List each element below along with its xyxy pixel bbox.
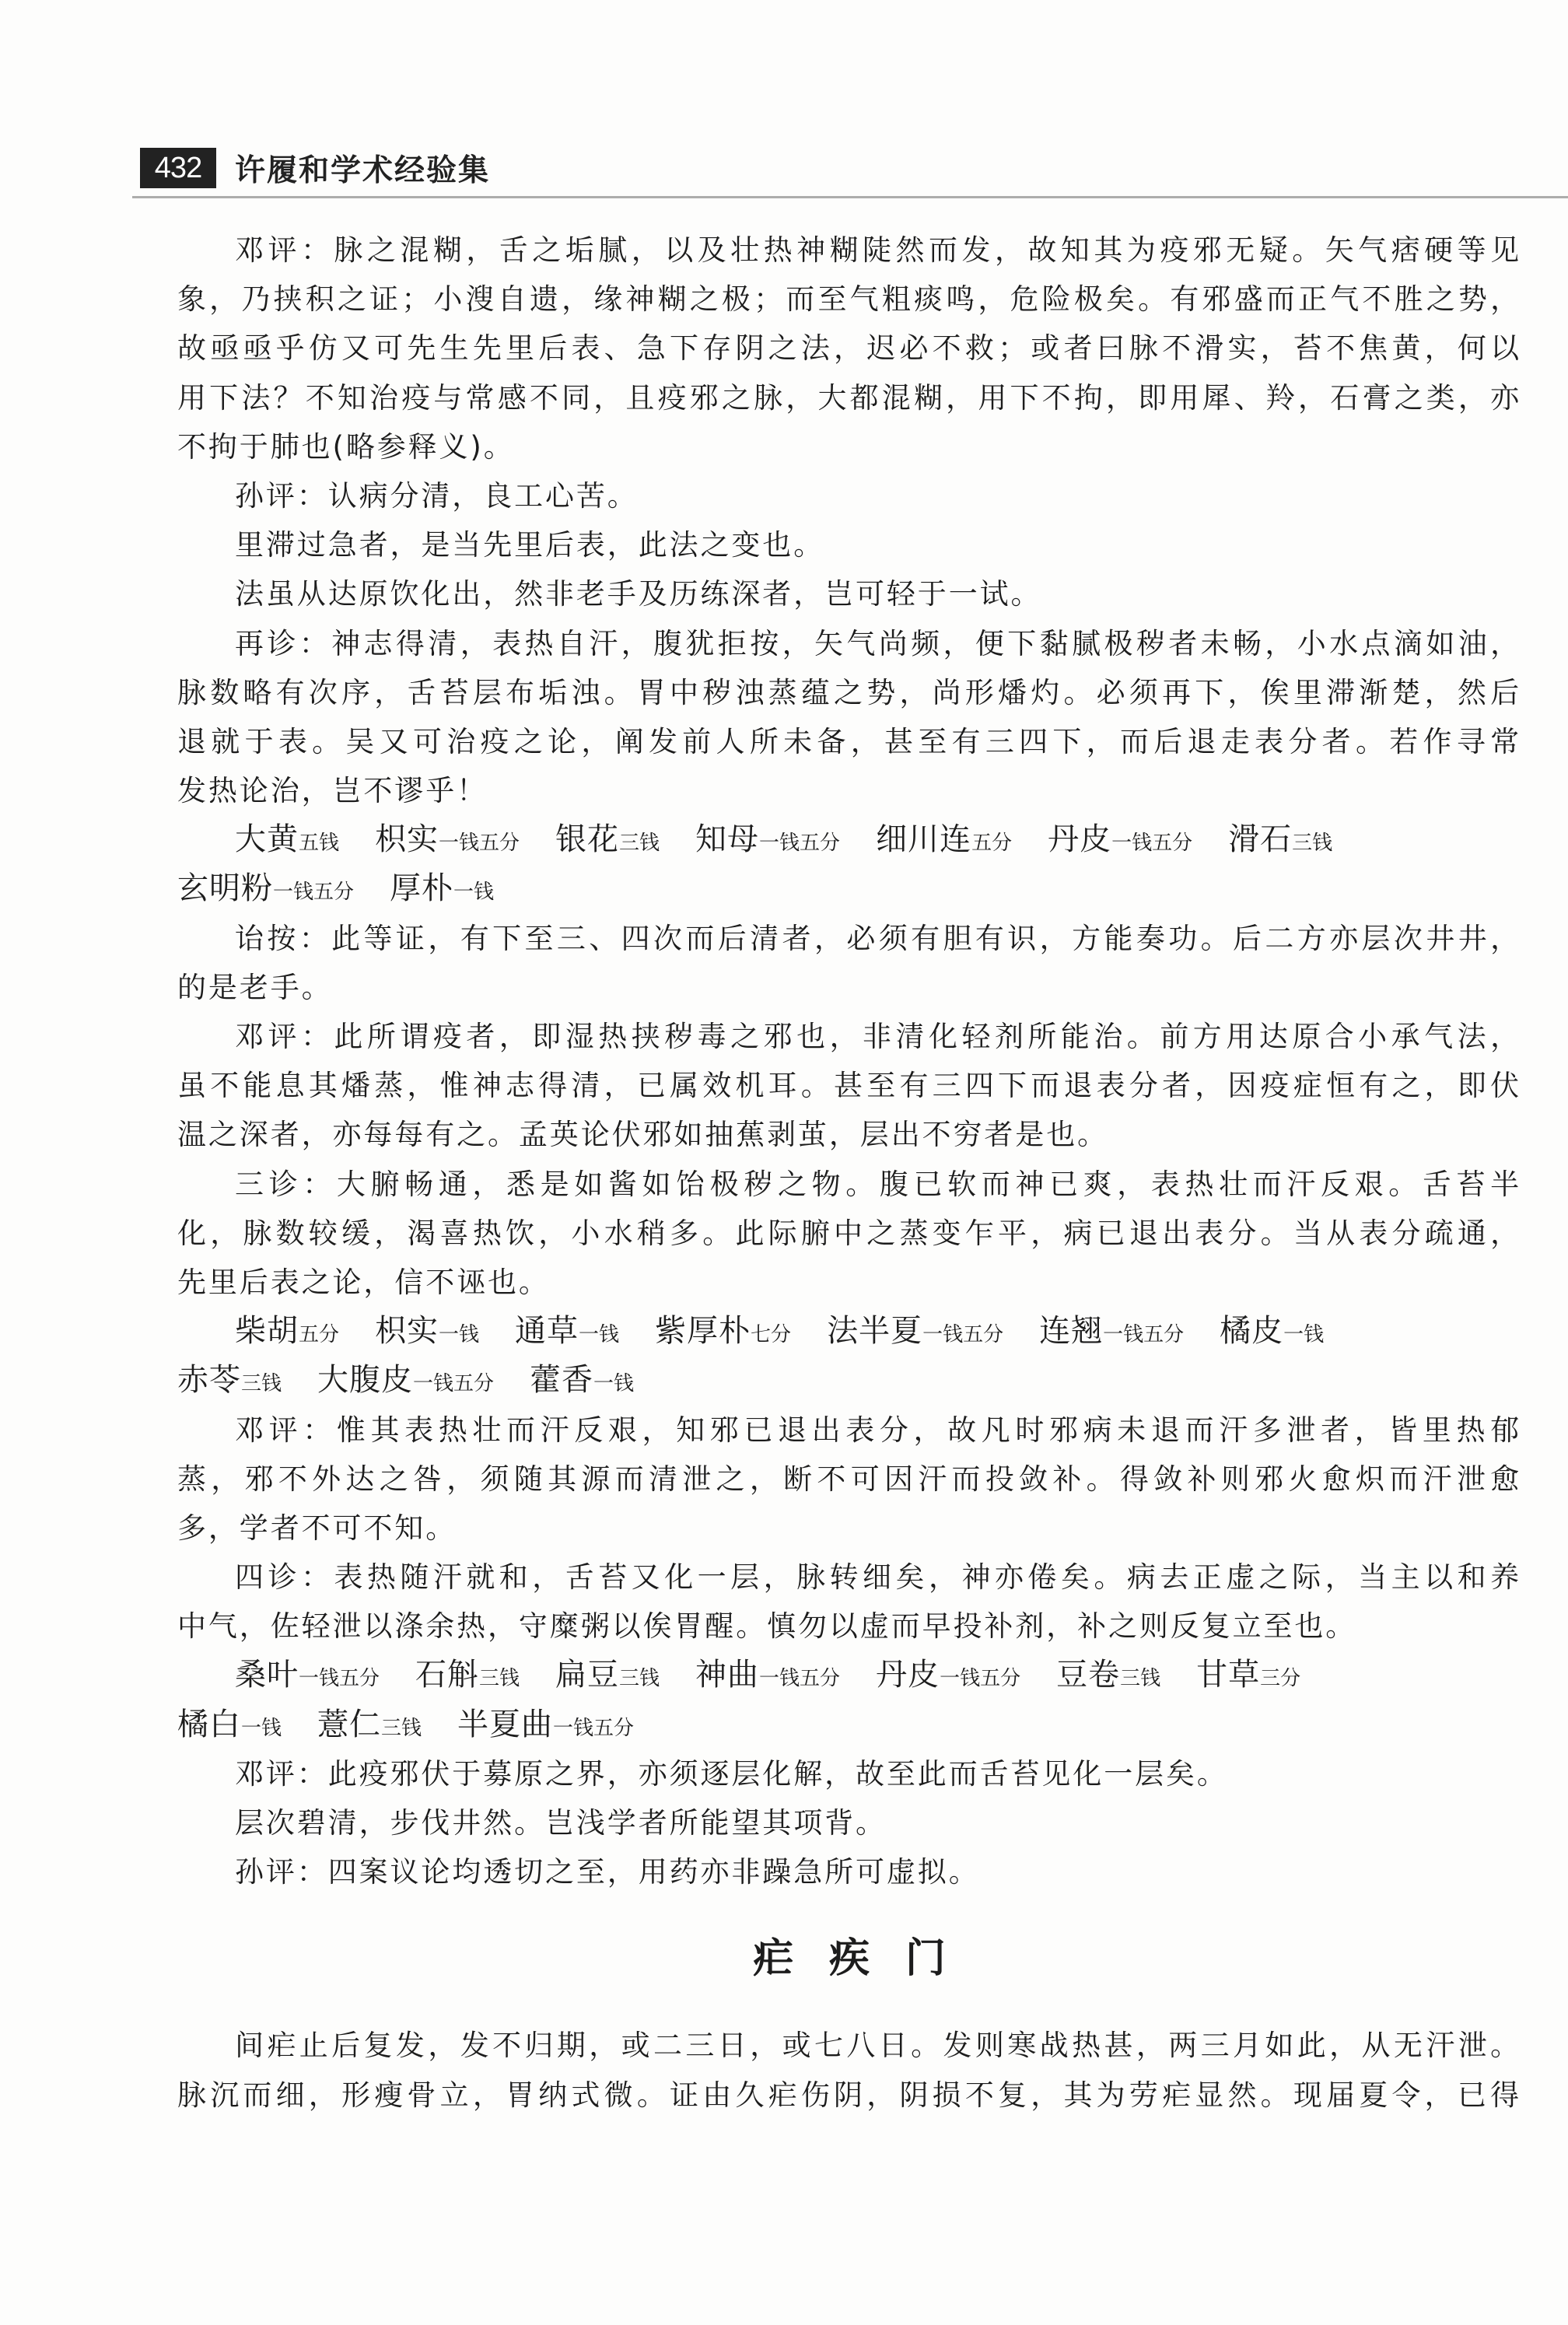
prescription-row: 橘白一钱薏仁三钱半夏曲一钱五分 bbox=[177, 1700, 1521, 1749]
herb-name: 薏仁 bbox=[317, 1707, 381, 1742]
herb-item: 豆卷三钱 bbox=[1056, 1651, 1160, 1703]
herb-dose: 一钱五分 bbox=[1111, 832, 1192, 855]
herb-dose: 七分 bbox=[751, 1323, 791, 1346]
prescription-row: 柴胡五分枳实一钱通草一钱紫厚朴七分法半夏一钱五分连翘一钱五分橘皮一钱 bbox=[177, 1307, 1521, 1356]
herb-name: 细川连 bbox=[876, 821, 971, 857]
text-line: 里滞过急者，是当先里后表，此法之变也。 bbox=[177, 520, 1521, 569]
herb-name: 银花 bbox=[555, 821, 619, 857]
paragraph: 孙评：四案议论均透切之至，用药亦非躁急所可虚拟。 bbox=[177, 1847, 1521, 1896]
herb-name: 甘草 bbox=[1196, 1657, 1260, 1693]
text-line: 温之深者，亦每每有之。孟英论伏邪如抽蕉剥茧，层出不穷者是也。 bbox=[177, 1110, 1521, 1159]
herb-item: 大腹皮一钱五分 bbox=[317, 1356, 494, 1409]
text-line: 不拘于肺也(略参释义)。 bbox=[177, 422, 1521, 471]
text-line: 虽不能息其燔蒸，惟神志得清，已属效机耳。甚至有三四下而退表分者，因疫症恒有之，即… bbox=[177, 1061, 1521, 1110]
text-line: 邓评：脉之混糊，舌之垢腻，以及壮热神糊陡然而发，故知其为疫邪无疑。矢气痞硬等见 bbox=[177, 226, 1521, 275]
prescription: 桑叶一钱五分石斛三钱扁豆三钱神曲一钱五分丹皮一钱五分豆卷三钱甘草三分橘白一钱薏仁… bbox=[177, 1651, 1521, 1749]
herb-dose: 三钱 bbox=[619, 832, 660, 855]
herb-dose: 三钱 bbox=[241, 1372, 282, 1395]
herb-item: 枳实一钱 bbox=[375, 1307, 479, 1360]
herb-name: 枳实 bbox=[375, 1313, 439, 1349]
herb-item: 细川连五分 bbox=[876, 815, 1012, 868]
herb-dose: 一钱五分 bbox=[922, 1323, 1003, 1346]
paragraph: 邓评：脉之混糊，舌之垢腻，以及壮热神糊陡然而发，故知其为疫邪无疑。矢气痞硬等见象… bbox=[177, 226, 1521, 471]
herb-dose: 一钱 bbox=[593, 1372, 634, 1395]
herb-item: 厚朴一钱 bbox=[390, 864, 494, 917]
herb-dose: 一钱五分 bbox=[273, 881, 354, 904]
herb-name: 神曲 bbox=[695, 1657, 759, 1693]
text-line: 先里后表之论，信不诬也。 bbox=[177, 1258, 1521, 1307]
text-line: 中气，佐轻泄以涤余热，守糜粥以俟胃醒。慎勿以虚而早投补剂，补之则反复立至也。 bbox=[177, 1602, 1521, 1651]
paragraph: 法虽从达原饮化出，然非老手及历练深者，岂可轻于一试。 bbox=[177, 569, 1521, 618]
herb-item: 扁豆三钱 bbox=[555, 1651, 660, 1703]
herb-item: 藿香一钱 bbox=[530, 1356, 634, 1409]
herb-item: 玄明粉一钱五分 bbox=[177, 864, 354, 917]
herb-dose: 一钱 bbox=[439, 1323, 479, 1346]
text-line: 退就于表。吴又可治疫之论，阐发前人所未备，甚至有三四下，而后退走表分者。若作寻常 bbox=[177, 717, 1521, 766]
text-line: 邓评：此所谓疫者，即湿热挟秽毒之邪也，非清化轻剂所能治。前方用达原合小承气法， bbox=[177, 1012, 1521, 1061]
herb-item: 紫厚朴七分 bbox=[655, 1307, 791, 1360]
text-line: 象，乃挟积之证；小溲自遗，缘神糊之极；而至气粗痰鸣，危险极矣。有邪盛而正气不胜之… bbox=[177, 275, 1521, 324]
text-line: 化，脉数较缓，渴喜热饮，小水稍多。此际腑中之蒸变乍平，病已退出表分。当从表分疏通… bbox=[177, 1209, 1521, 1258]
herb-name: 枳实 bbox=[375, 821, 439, 857]
herb-item: 丹皮一钱五分 bbox=[876, 1651, 1020, 1703]
herb-dose: 一钱五分 bbox=[1103, 1323, 1184, 1346]
herb-item: 连翘一钱五分 bbox=[1039, 1307, 1184, 1360]
running-header: 432 许履和学术经验集 bbox=[140, 146, 490, 190]
herb-item: 柴胡五分 bbox=[235, 1307, 339, 1360]
herb-item: 丹皮一钱五分 bbox=[1048, 815, 1192, 868]
herb-dose: 一钱 bbox=[453, 881, 494, 904]
section-title: 疟疾门 bbox=[177, 1896, 1521, 2021]
paragraph: 三诊：大腑畅通，悉是如酱如饴极秽之物。腹已软而神已爽，表热壮而汗反艰。舌苔半化，… bbox=[177, 1160, 1521, 1308]
herb-dose: 一钱 bbox=[1283, 1323, 1324, 1346]
herb-item: 桑叶一钱五分 bbox=[235, 1651, 380, 1703]
prescription: 柴胡五分枳实一钱通草一钱紫厚朴七分法半夏一钱五分连翘一钱五分橘皮一钱赤苓三钱大腹… bbox=[177, 1307, 1521, 1405]
herb-name: 桑叶 bbox=[235, 1657, 299, 1693]
herb-item: 知母一钱五分 bbox=[695, 815, 840, 868]
herb-name: 橘白 bbox=[177, 1707, 241, 1742]
paragraph: 层次碧清，步伐井然。岂浅学者所能望其项背。 bbox=[177, 1798, 1521, 1847]
herb-dose: 三钱 bbox=[381, 1717, 422, 1740]
herb-item: 薏仁三钱 bbox=[317, 1700, 422, 1753]
herb-name: 大腹皮 bbox=[317, 1362, 413, 1398]
herb-name: 橘皮 bbox=[1220, 1313, 1283, 1349]
herb-name: 丹皮 bbox=[1048, 821, 1111, 857]
herb-name: 法半夏 bbox=[827, 1313, 922, 1349]
text-line: 蒸，邪不外达之咎，须随其源而清泄之，断不可因汗而投敛补。得敛补则邪火愈炽而汗泄愈 bbox=[177, 1455, 1521, 1504]
page-number: 432 bbox=[140, 148, 216, 188]
herb-dose: 五钱 bbox=[299, 832, 339, 855]
herb-item: 石斛三钱 bbox=[415, 1651, 520, 1703]
paragraph: 间疟止后复发，发不归期，或二三日，或七八日。发则寒战热甚，两三月如此，从无汗泄。… bbox=[177, 2021, 1521, 2119]
herb-name: 厚朴 bbox=[390, 870, 453, 906]
paragraph: 诒按：此等证，有下至三、四次而后清者，必须有胆有识，方能奏功。后二方亦层次井井，… bbox=[177, 914, 1521, 1012]
herb-dose: 三钱 bbox=[479, 1667, 520, 1690]
herb-dose: 五分 bbox=[971, 832, 1012, 855]
header-divider bbox=[132, 196, 1568, 198]
herb-name: 滑石 bbox=[1228, 821, 1292, 857]
page-body: 邓评：脉之混糊，舌之垢腻，以及壮热神糊陡然而发，故知其为疫邪无疑。矢气痞硬等见象… bbox=[177, 226, 1521, 2120]
text-line: 发热论治，岂不谬乎！ bbox=[177, 766, 1521, 815]
herb-name: 玄明粉 bbox=[177, 870, 273, 906]
herb-name: 藿香 bbox=[530, 1362, 593, 1398]
text-line: 诒按：此等证，有下至三、四次而后清者，必须有胆有识，方能奏功。后二方亦层次井井， bbox=[177, 914, 1521, 963]
herb-item: 银花三钱 bbox=[555, 815, 660, 868]
herb-name: 知母 bbox=[695, 821, 759, 857]
prescription: 大黄五钱枳实一钱五分银花三钱知母一钱五分细川连五分丹皮一钱五分滑石三钱玄明粉一钱… bbox=[177, 815, 1521, 913]
herb-item: 赤苓三钱 bbox=[177, 1356, 282, 1409]
herb-name: 连翘 bbox=[1039, 1313, 1103, 1349]
herb-name: 半夏曲 bbox=[457, 1707, 553, 1742]
herb-dose: 一钱 bbox=[579, 1323, 619, 1346]
text-line: 四诊：表热随汗就和，舌苔又化一层，脉转细矣，神亦倦矣。病去正虚之际，当主以和养 bbox=[177, 1553, 1521, 1602]
herb-item: 神曲一钱五分 bbox=[695, 1651, 840, 1703]
herb-item: 橘皮一钱 bbox=[1220, 1307, 1324, 1360]
text-line: 的是老手。 bbox=[177, 963, 1521, 1012]
herb-dose: 三钱 bbox=[1120, 1667, 1160, 1690]
herb-dose: 一钱五分 bbox=[759, 1667, 840, 1690]
herb-name: 紫厚朴 bbox=[655, 1313, 751, 1349]
herb-name: 扁豆 bbox=[555, 1657, 619, 1693]
herb-dose: 一钱 bbox=[241, 1717, 282, 1740]
herb-name: 赤苓 bbox=[177, 1362, 241, 1398]
paragraph: 邓评：此疫邪伏于募原之界，亦须逐层化解，故至此而舌苔见化一层矣。 bbox=[177, 1749, 1521, 1798]
herb-name: 大黄 bbox=[235, 821, 299, 857]
herb-dose: 一钱五分 bbox=[940, 1667, 1020, 1690]
herb-dose: 一钱五分 bbox=[413, 1372, 494, 1395]
herb-item: 法半夏一钱五分 bbox=[827, 1307, 1003, 1360]
text-line: 邓评：惟其表热壮而汗反艰，知邪已退出表分，故凡时邪病未退而汗多泄者，皆里热郁 bbox=[177, 1406, 1521, 1455]
prescription-row: 大黄五钱枳实一钱五分银花三钱知母一钱五分细川连五分丹皮一钱五分滑石三钱 bbox=[177, 815, 1521, 864]
paragraph: 孙评：认病分清，良工心苦。 bbox=[177, 471, 1521, 520]
text-line: 层次碧清，步伐井然。岂浅学者所能望其项背。 bbox=[177, 1798, 1521, 1847]
herb-dose: 一钱五分 bbox=[439, 832, 520, 855]
herb-dose: 三钱 bbox=[619, 1667, 660, 1690]
herb-item: 枳实一钱五分 bbox=[375, 815, 520, 868]
paragraph: 邓评：此所谓疫者，即湿热挟秽毒之邪也，非清化轻剂所能治。前方用达原合小承气法，虽… bbox=[177, 1012, 1521, 1160]
text-line: 孙评：认病分清，良工心苦。 bbox=[177, 471, 1521, 520]
text-line: 法虽从达原饮化出，然非老手及历练深者，岂可轻于一试。 bbox=[177, 569, 1521, 618]
herb-item: 半夏曲一钱五分 bbox=[457, 1700, 634, 1753]
prescription-row: 玄明粉一钱五分厚朴一钱 bbox=[177, 864, 1521, 913]
prescription-row: 桑叶一钱五分石斛三钱扁豆三钱神曲一钱五分丹皮一钱五分豆卷三钱甘草三分 bbox=[177, 1651, 1521, 1700]
text-line: 脉沉而细，形瘦骨立，胃纳式微。证由久疟伤阴，阴损不复，其为劳疟显然。现届夏令，已… bbox=[177, 2071, 1521, 2120]
text-line: 孙评：四案议论均透切之至，用药亦非躁急所可虚拟。 bbox=[177, 1847, 1521, 1896]
paragraph: 邓评：惟其表热壮而汗反艰，知邪已退出表分，故凡时邪病未退而汗多泄者，皆里热郁蒸，… bbox=[177, 1406, 1521, 1553]
text-line: 用下法？不知治疫与常感不同，且疫邪之脉，大都混糊，用下不拘，即用犀、羚，石膏之类… bbox=[177, 373, 1521, 422]
herb-item: 甘草三分 bbox=[1196, 1651, 1300, 1703]
herb-name: 石斛 bbox=[415, 1657, 479, 1693]
herb-name: 豆卷 bbox=[1056, 1657, 1120, 1693]
herb-name: 丹皮 bbox=[876, 1657, 940, 1693]
prescription-row: 赤苓三钱大腹皮一钱五分藿香一钱 bbox=[177, 1356, 1521, 1405]
text-line: 脉数略有次序，舌苔层布垢浊。胃中秽浊蒸蕴之势，尚形燔灼。必须再下，俟里滞渐楚，然… bbox=[177, 668, 1521, 717]
herb-dose: 一钱五分 bbox=[299, 1667, 380, 1690]
paragraph: 再诊：神志得清，表热自汗，腹犹拒按，矢气尚频，便下黏腻极秽者未畅，小水点滴如油，… bbox=[177, 619, 1521, 816]
herb-dose: 三钱 bbox=[1292, 832, 1332, 855]
herb-item: 通草一钱 bbox=[515, 1307, 619, 1360]
herb-dose: 五分 bbox=[299, 1323, 339, 1346]
herb-dose: 一钱五分 bbox=[553, 1717, 634, 1740]
text-line: 三诊：大腑畅通，悉是如酱如饴极秽之物。腹已软而神已爽，表热壮而汗反艰。舌苔半 bbox=[177, 1160, 1521, 1209]
book-title: 许履和学术经验集 bbox=[235, 146, 490, 190]
text-line: 多，学者不可不知。 bbox=[177, 1504, 1521, 1553]
herb-dose: 三分 bbox=[1260, 1667, 1300, 1690]
text-line: 再诊：神志得清，表热自汗，腹犹拒按，矢气尚频，便下黏腻极秽者未畅，小水点滴如油， bbox=[177, 619, 1521, 668]
paragraph: 里滞过急者，是当先里后表，此法之变也。 bbox=[177, 520, 1521, 569]
herb-item: 大黄五钱 bbox=[235, 815, 339, 868]
herb-item: 滑石三钱 bbox=[1228, 815, 1332, 868]
herb-dose: 一钱五分 bbox=[759, 832, 840, 855]
paragraph: 四诊：表热随汗就和，舌苔又化一层，脉转细矣，神亦倦矣。病去正虚之际，当主以和养中… bbox=[177, 1553, 1521, 1651]
herb-name: 柴胡 bbox=[235, 1313, 299, 1349]
herb-item: 橘白一钱 bbox=[177, 1700, 282, 1753]
text-line: 邓评：此疫邪伏于募原之界，亦须逐层化解，故至此而舌苔见化一层矣。 bbox=[177, 1749, 1521, 1798]
text-line: 间疟止后复发，发不归期，或二三日，或七八日。发则寒战热甚，两三月如此，从无汗泄。 bbox=[177, 2021, 1521, 2070]
text-line: 故亟亟乎仿又可先生先里后表、急下存阴之法，迟必不救；或者曰脉不滑实，苔不焦黄，何… bbox=[177, 324, 1521, 373]
herb-name: 通草 bbox=[515, 1313, 579, 1349]
